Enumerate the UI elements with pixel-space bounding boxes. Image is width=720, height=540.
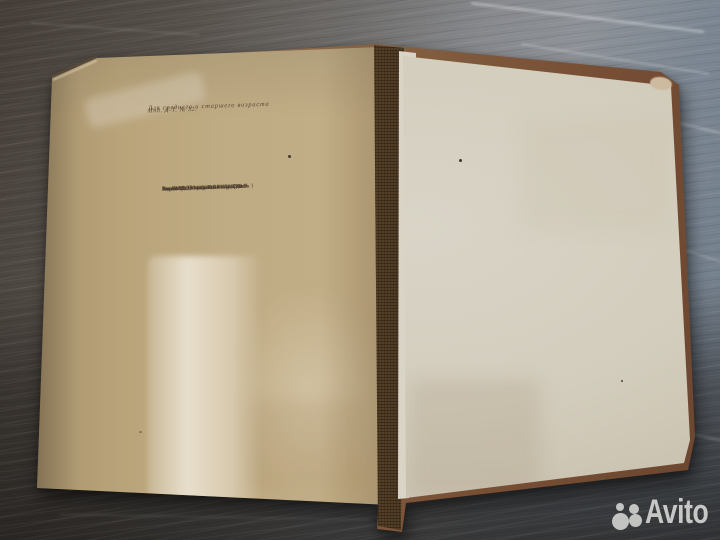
open-book: Для среднего и старшего возраста Инд. Д-… (0, 0, 720, 540)
imprint-colophon: Редактор С. Фрадкин. Книга сда- на в печ… (162, 182, 278, 186)
ink-speck (621, 380, 623, 382)
stamp-line-2: Инд. Д-Т. № 32. (148, 105, 197, 114)
ink-speck (288, 155, 291, 158)
edge-shadow (30, 60, 78, 500)
avito-watermark: Avito (604, 494, 720, 540)
paper-stain (520, 120, 670, 230)
paper-stain (410, 380, 540, 495)
avito-logo-dot-large (612, 513, 629, 530)
paper-stain (250, 400, 360, 490)
avito-logo-dot-small (616, 503, 624, 511)
imprint-line: танка, 57. (162, 185, 186, 193)
photo-canvas: Для среднего и старшего возраста Инд. Д-… (0, 0, 720, 540)
avito-wordmark: Avito (645, 493, 708, 532)
ink-speck (139, 431, 142, 433)
ink-speck (459, 159, 462, 162)
paper-light-patch (148, 256, 260, 501)
avito-logo-dot-medium-bottom (629, 514, 642, 527)
paper-smudge (83, 71, 207, 129)
avito-logo-dot-medium-top (629, 504, 639, 514)
